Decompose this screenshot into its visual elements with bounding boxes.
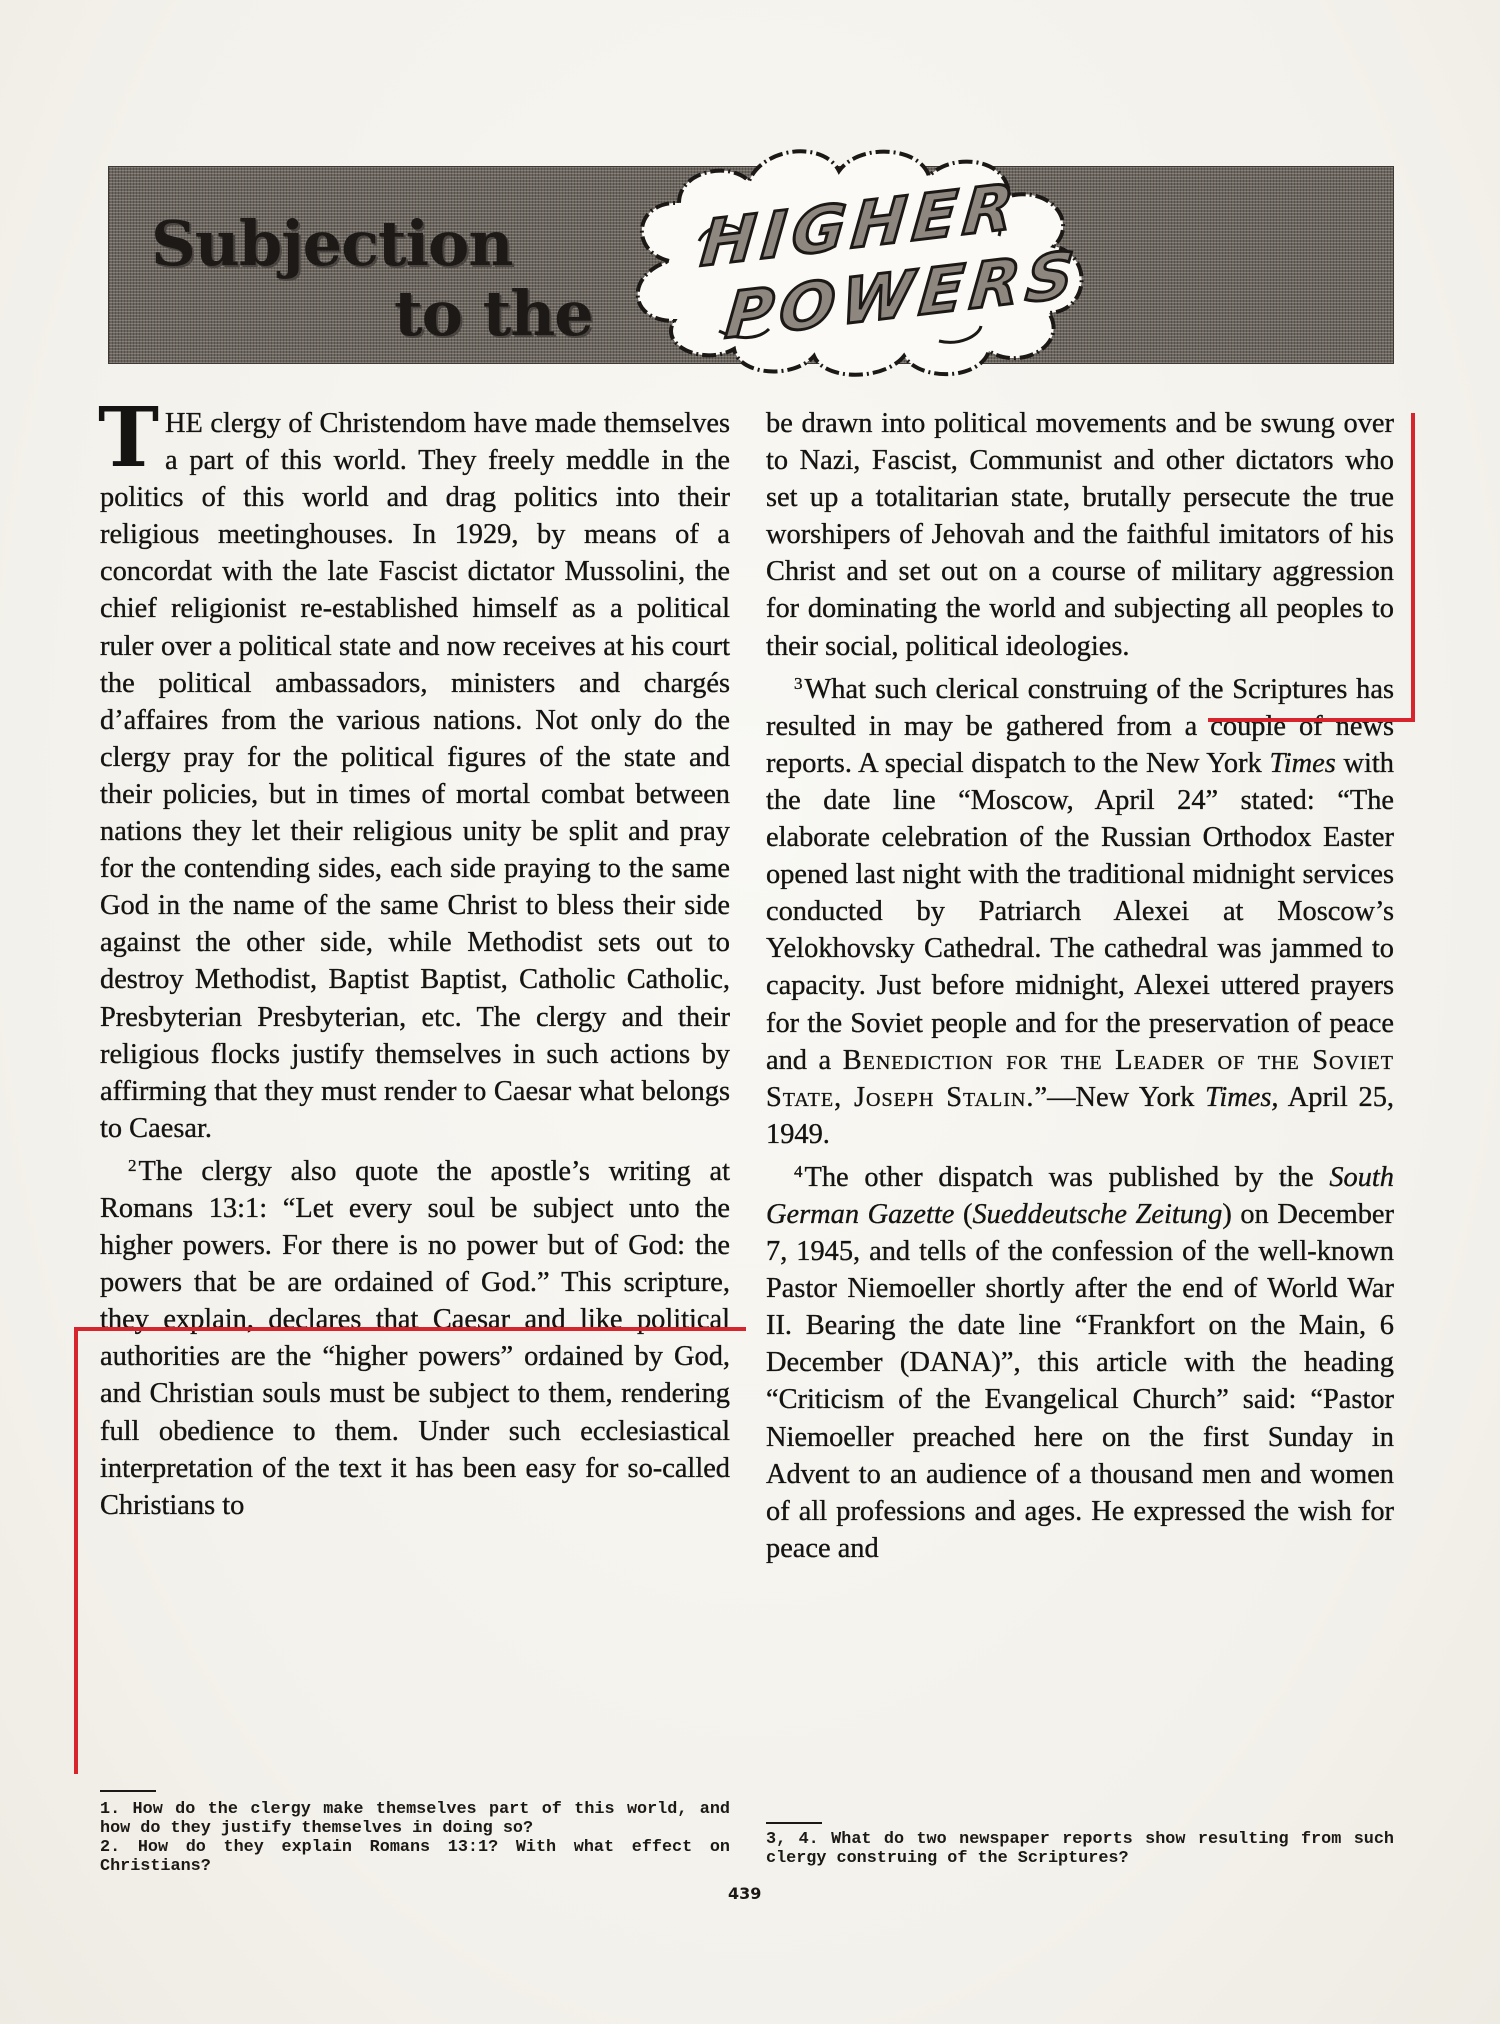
paragraph-number: 3 — [794, 674, 803, 693]
newspaper-title: Times — [1270, 748, 1336, 779]
paragraph-1-text: HE clergy of Christendom have made thems… — [100, 408, 730, 1144]
paragraph-4-text: The other dispatch was published by the — [805, 1162, 1330, 1193]
highlight-left-top — [74, 1327, 746, 1331]
paragraph-3-text: with the date line “Moscow, April 24” st… — [766, 748, 1394, 1076]
highlight-right-bottom — [1208, 718, 1415, 722]
drop-cap: T — [98, 407, 159, 469]
footnote-rule-left — [100, 1790, 156, 1792]
newspaper-title: Sueddeutsche Zeitung — [972, 1199, 1222, 1230]
page-number: 439 — [728, 1884, 761, 1903]
paragraph-4-text: ) on December 7, 1945, and tells of the … — [766, 1199, 1394, 1564]
newspaper-title: Times, — [1205, 1082, 1278, 1113]
paragraph-2-continued: be drawn into political movements and be… — [766, 405, 1394, 665]
study-question-2: 2. How do they explain Romans 13:1? With… — [100, 1838, 730, 1876]
title-to-the: to the — [394, 277, 593, 350]
document-page: Subjection to the HIGHER POWERS THE cler… — [0, 0, 1500, 2024]
footnotes-right: 3, 4. What do two newspaper reports show… — [766, 1830, 1394, 1868]
paragraph-1: THE clergy of Christendom have made them… — [100, 405, 730, 1147]
paragraph-4-text: ( — [954, 1199, 972, 1230]
footnotes-left: 1. How do the clergy make themselves par… — [100, 1800, 730, 1876]
paragraph-3: 3What such clerical construing of the Sc… — [766, 665, 1394, 1153]
paragraph-number: 2 — [128, 1156, 137, 1175]
highlight-right-vertical — [1411, 413, 1415, 722]
footnote-rule-right — [766, 1822, 822, 1824]
paragraph-number: 4 — [794, 1162, 803, 1181]
left-column: THE clergy of Christendom have made them… — [100, 405, 730, 1524]
paragraph-3-text: ”—New York — [1034, 1082, 1205, 1113]
paragraph-2: 2The clergy also quote the apostle’s wri… — [100, 1147, 730, 1524]
paragraph-2-text: The clergy also quote the apostle’s writ… — [100, 1156, 730, 1521]
study-question-1: 1. How do the clergy make themselves par… — [100, 1800, 730, 1838]
paragraph-4: 4The other dispatch was published by the… — [766, 1153, 1394, 1567]
highlight-left-vertical — [74, 1327, 78, 1774]
study-question-3-4: 3, 4. What do two newspaper reports show… — [766, 1830, 1394, 1868]
right-column: be drawn into political movements and be… — [766, 405, 1394, 1567]
cloud-illustration: HIGHER POWERS — [609, 141, 1099, 381]
title-banner: Subjection to the HIGHER POWERS — [108, 166, 1394, 364]
title-subjection: Subjection — [151, 207, 512, 280]
